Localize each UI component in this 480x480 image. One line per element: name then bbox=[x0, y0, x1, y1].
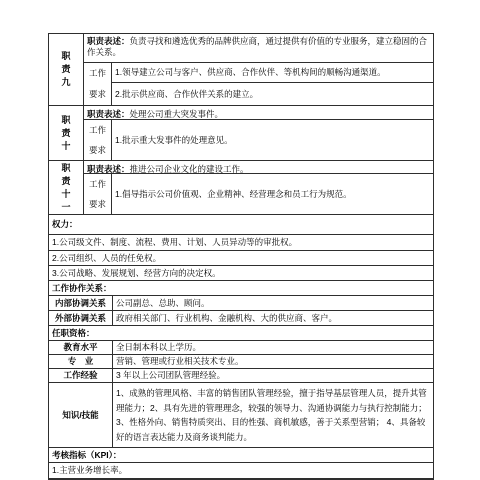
duty-9-label-cell: 职责九 bbox=[49, 34, 84, 105]
duty-10-desc-row: 职责表述：处理公司重大突发事件。 bbox=[84, 106, 433, 120]
work-requirements-label-cell: 工作要求 bbox=[84, 120, 112, 160]
duty-11-label: 职责十一 bbox=[61, 162, 72, 214]
external-coordination-label: 外部协调关系 bbox=[49, 311, 113, 325]
experience-row: 工作经验 3 年以上公司团队管理经验。 bbox=[49, 369, 433, 383]
internal-coordination-value: 公司副总、总助、顾问。 bbox=[113, 296, 433, 310]
external-coordination-value: 政府相关部门、行业机构、金融机构、大的供应商、客户。 bbox=[113, 311, 433, 325]
duty-11-label-cell: 职责十一 bbox=[49, 161, 84, 214]
duty-11-requirements-area: 工作要求 1.倡导指示公司价值观、企业精神、经营理念和员工行为规范。 bbox=[84, 174, 433, 214]
job-description-table: 职责九 职责表述：负责寻找和遴选优秀的品牌供应商，通过提供有价值的专业服务，建立… bbox=[48, 33, 434, 480]
education-label: 教育水平 bbox=[49, 341, 113, 354]
duty-11-desc-text: 推进公司企业文化的建设工作。 bbox=[130, 164, 249, 174]
duty-11-main: 职责表述：推进公司企业文化的建设工作。 工作要求 1.倡导指示公司价值观、企业精… bbox=[84, 161, 433, 214]
work-requirements-label-cell: 工作要求 bbox=[84, 174, 112, 214]
duty-10-label-cell: 职责十 bbox=[49, 106, 84, 160]
kpi-header: 考核指标（KPI）： bbox=[49, 448, 433, 463]
duty-desc-label: 职责表述： bbox=[87, 164, 130, 174]
work-requirements-label: 工作要求 bbox=[89, 174, 107, 214]
work-requirements-label: 工作要求 bbox=[89, 63, 107, 105]
duty-block-9: 职责九 职责表述：负责寻找和遴选优秀的品牌供应商，通过提供有价值的专业服务，建立… bbox=[49, 34, 433, 106]
duty-10-requirements: 1.批示重大发事件的处理意见。 bbox=[112, 120, 433, 160]
internal-coordination-row: 内部协调关系 公司副总、总助、顾问。 bbox=[49, 296, 433, 311]
power-header: 权力： bbox=[49, 215, 433, 235]
power-item-3: 3.公司战略、发展规划、经营方向的决定权。 bbox=[49, 266, 433, 281]
duty-9-desc-row: 职责表述：负责寻找和遴选优秀的品牌供应商，通过提供有价值的专业服务，建立稳固的合… bbox=[84, 34, 433, 63]
duty-11-requirements: 1.倡导指示公司价值观、企业精神、经营理念和员工行为规范。 bbox=[112, 174, 433, 214]
duty-block-10: 职责十 职责表述：处理公司重大突发事件。 工作要求 1.批示重大发事件的处理意见… bbox=[49, 106, 433, 161]
work-requirements-label-cell: 工作要求 bbox=[84, 63, 112, 105]
requirement-item: 1.倡导指示公司价值观、企业精神、经营理念和员工行为规范。 bbox=[112, 174, 433, 214]
kpi-item-1: 1.主营业务增长率。 bbox=[49, 463, 433, 479]
duty-10-desc-text: 处理公司重大突发事件。 bbox=[130, 109, 224, 119]
requirement-item: 2.批示供应商、合作伙伴关系的建立。 bbox=[112, 82, 433, 105]
internal-coordination-label: 内部协调关系 bbox=[49, 296, 113, 310]
experience-label: 工作经验 bbox=[49, 369, 113, 382]
duty-desc-label: 职责表述： bbox=[87, 109, 130, 119]
duty-9-main: 职责表述：负责寻找和遴选优秀的品牌供应商，通过提供有价值的专业服务，建立稳固的合… bbox=[84, 34, 433, 105]
major-label: 专 业 bbox=[49, 355, 113, 368]
duty-9-label: 职责九 bbox=[61, 50, 72, 89]
requirement-item: 1.领导建立公司与客户、供应商、合作伙伴、等机构间的顺畅沟通渠道。 bbox=[112, 63, 433, 82]
collaboration-header: 工作协作关系： bbox=[49, 281, 433, 296]
requirement-item: 1.批示重大发事件的处理意见。 bbox=[112, 120, 433, 160]
external-coordination-row: 外部协调关系 政府相关部门、行业机构、金融机构、大的供应商、客户。 bbox=[49, 311, 433, 326]
duty-block-11: 职责十一 职责表述：推进公司企业文化的建设工作。 工作要求 1.倡导指示公司价值… bbox=[49, 161, 433, 215]
duty-11-desc-row: 职责表述：推进公司企业文化的建设工作。 bbox=[84, 161, 433, 174]
work-requirements-label: 工作要求 bbox=[89, 120, 107, 160]
duty-9-requirements-area: 工作要求 1.领导建立公司与客户、供应商、合作伙伴、等机构间的顺畅沟通渠道。 2… bbox=[84, 63, 433, 105]
knowledge-skills-label: 知识/技能 bbox=[49, 383, 113, 447]
qualification-header: 任职资格： bbox=[49, 326, 433, 341]
power-item-2: 2.公司组织、人员的任免权。 bbox=[49, 251, 433, 266]
duty-10-main: 职责表述：处理公司重大突发事件。 工作要求 1.批示重大发事件的处理意见。 bbox=[84, 106, 433, 160]
power-item-1: 1.公司级文件、制度、流程、费用、计划、人员异动等的审批权。 bbox=[49, 235, 433, 251]
experience-value: 3 年以上公司团队管理经验。 bbox=[113, 369, 433, 382]
major-row: 专 业 营销、管理或行业相关技术专业。 bbox=[49, 355, 433, 369]
duty-10-label: 职责十 bbox=[61, 114, 72, 153]
major-value: 营销、管理或行业相关技术专业。 bbox=[113, 355, 433, 368]
duty-9-requirements: 1.领导建立公司与客户、供应商、合作伙伴、等机构间的顺畅沟通渠道。 2.批示供应… bbox=[112, 63, 433, 105]
duty-10-requirements-area: 工作要求 1.批示重大发事件的处理意见。 bbox=[84, 120, 433, 160]
knowledge-skills-value: 1、成熟的管理风格、丰富的销售团队管理经验，擅于指导基层管理人员，提升其管理能力… bbox=[113, 383, 433, 447]
duty-9-desc-text: 负责寻找和遴选优秀的品牌供应商，通过提供有价值的专业服务，建立稳固的合作关系。 bbox=[87, 36, 427, 57]
education-row: 教育水平 全日制本科以上学历。 bbox=[49, 341, 433, 355]
knowledge-skills-row: 知识/技能 1、成熟的管理风格、丰富的销售团队管理经验，擅于指导基层管理人员，提… bbox=[49, 383, 433, 448]
education-value: 全日制本科以上学历。 bbox=[113, 341, 433, 354]
duty-desc-label: 职责表述： bbox=[87, 36, 130, 46]
